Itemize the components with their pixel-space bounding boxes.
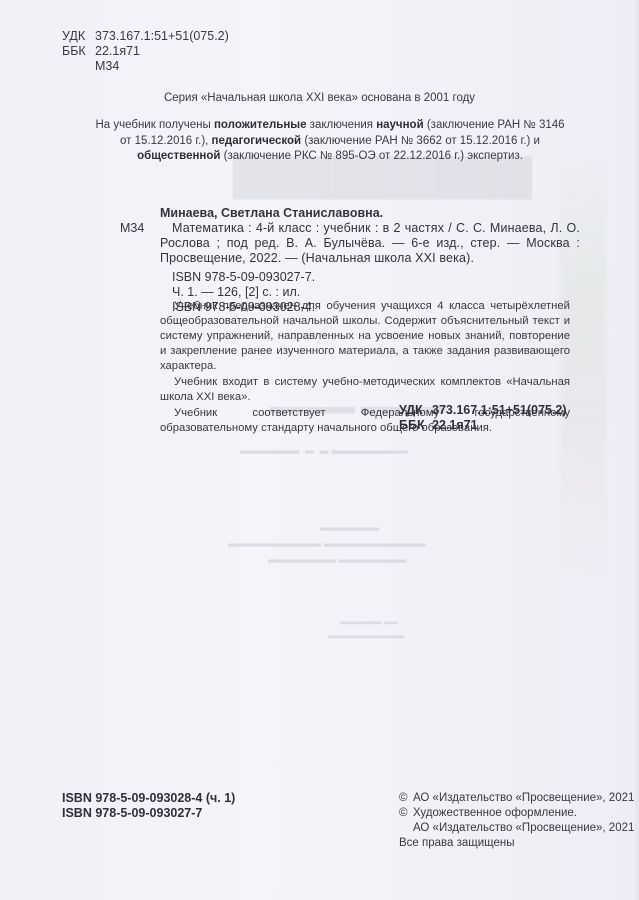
scientific-emphasis: научной bbox=[376, 119, 423, 131]
author-mark: М34 bbox=[95, 59, 119, 74]
isbn-set: ISBN 978-5-09-093027-7 bbox=[62, 806, 235, 821]
copyright-icon: © bbox=[399, 806, 413, 821]
catalog-isbn-set: ISBN 978-5-09-093027-7. bbox=[172, 270, 580, 285]
udk-label: УДК bbox=[399, 403, 432, 418]
udk-value: 373.167.1:51+51(075.2) bbox=[432, 403, 567, 418]
isbn-block: ISBN 978-5-09-093028-4 (ч. 1) ISBN 978-5… bbox=[62, 791, 235, 821]
series-note: Серия «Начальная школа XXI века» основан… bbox=[0, 92, 639, 104]
copyright-block: ©АО «Издательство «Просвещение», 2021 ©Х… bbox=[399, 791, 634, 851]
copyright-icon: © bbox=[399, 791, 413, 806]
expert-reviews-note: На учебник получены положительные заключ… bbox=[90, 118, 570, 165]
bbk-label: ББК bbox=[62, 44, 95, 59]
positive-emphasis: положительные bbox=[214, 119, 307, 131]
show-through-line: ▂▂▂▂▂▂▂▂▂▂▂▂ ▂▂▂▂▂▂▂▂▂▂▂ bbox=[228, 534, 426, 547]
page-edge-shadow bbox=[633, 0, 639, 900]
isbn-part-1: ISBN 978-5-09-093028-4 (ч. 1) bbox=[62, 791, 235, 806]
catalog-author: Минаева, Светлана Станиславовна. bbox=[160, 206, 580, 221]
annotation-paragraph: Учебник входит в систему учебно-методиче… bbox=[160, 375, 570, 405]
rights-reserved: Все права защищены bbox=[399, 836, 515, 851]
catalog-description: Математика : 4-й класс : учебник : в 2 ч… bbox=[160, 221, 580, 266]
udk-label: УДК bbox=[62, 29, 95, 44]
top-classification-index: УДК373.167.1:51+51(075.2) ББК22.1я71 М34 bbox=[62, 29, 229, 74]
bbk-label: ББК bbox=[399, 418, 432, 433]
show-through-line: ▂▂▂▂▂▂▂▂ ▂▂▂▂▂▂▂▂ bbox=[268, 550, 406, 563]
show-through-line: ▂▂▂▂▂▂▂▂▂ ▂. ▂. ▂▂▂▂▂▂▂ bbox=[240, 441, 408, 454]
public-emphasis: общественной bbox=[137, 150, 220, 162]
bbk-value: 22.1я71 bbox=[95, 44, 140, 59]
annotation-paragraph: Учебник предназначен для обучения учащих… bbox=[160, 299, 570, 374]
show-through-line: ▂▂ ▂▂▂▂▂▂ bbox=[340, 614, 398, 625]
show-through-line: ▂▂▂▂▂▂▂▂▂▂▂ bbox=[328, 628, 404, 639]
catalog-mark: М34 bbox=[120, 221, 144, 235]
show-through-line: ▂▂▂▂▂▂▂ bbox=[320, 518, 379, 531]
catalog-part-info: Ч. 1. — 126, [2] с. : ил. bbox=[172, 285, 580, 300]
bbk-value: 22.1я71 bbox=[432, 418, 478, 433]
bottom-classification-index: УДК373.167.1:51+51(075.2) ББК22.1я71 bbox=[399, 403, 567, 433]
udk-value: 373.167.1:51+51(075.2) bbox=[95, 29, 229, 44]
pedagogical-emphasis: педагогической bbox=[212, 135, 302, 147]
